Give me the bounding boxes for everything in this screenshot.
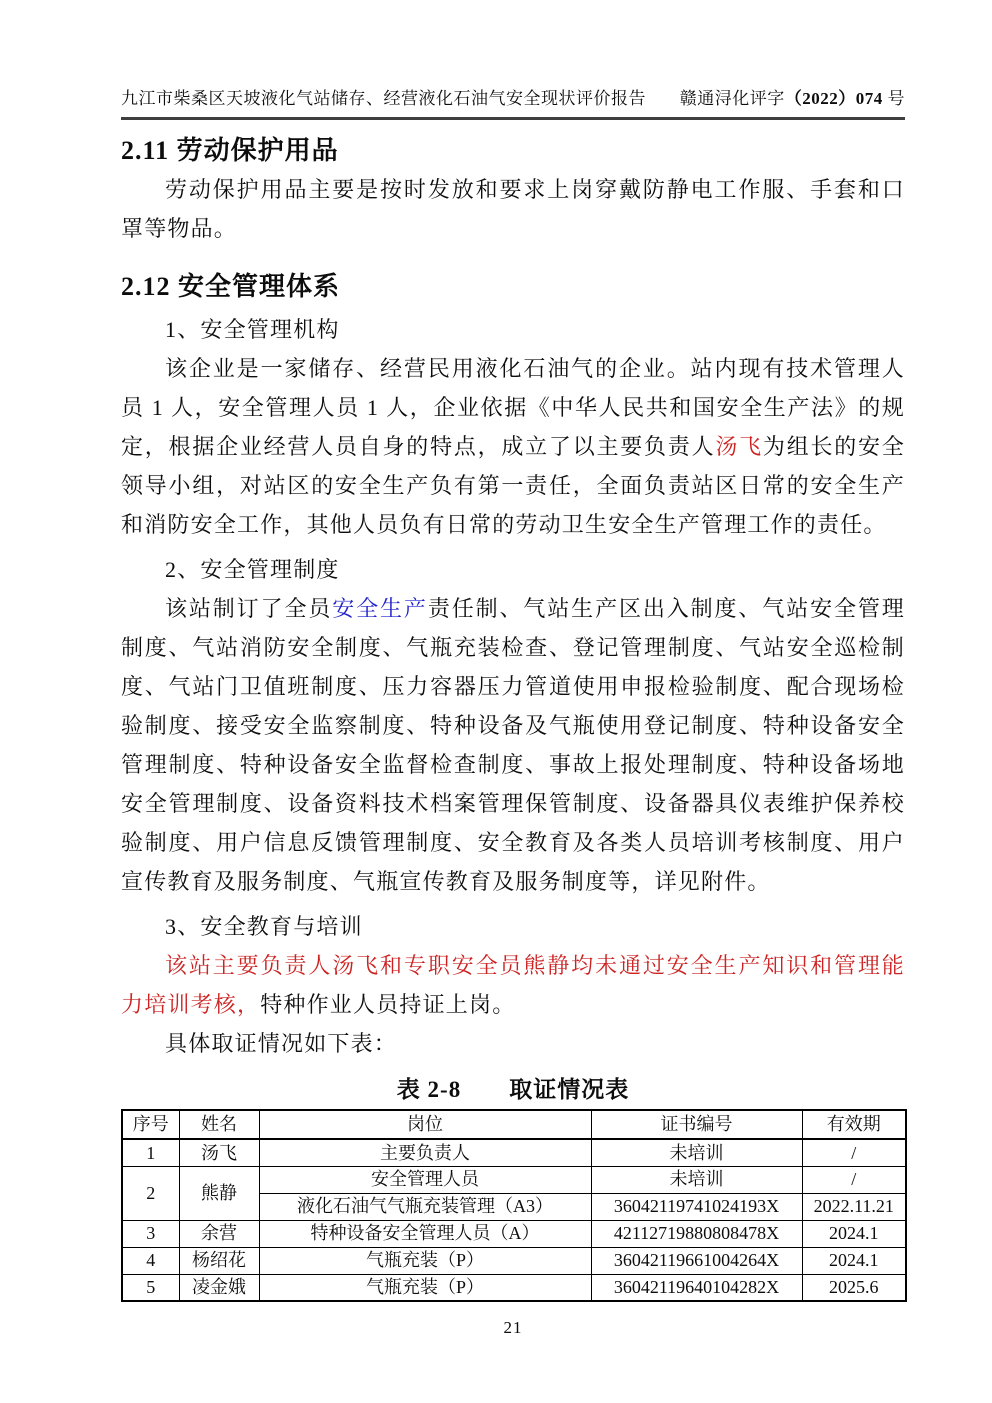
subsection-title-1: 1、安全管理机构	[121, 310, 905, 349]
column-header-post: 岗位	[259, 1110, 591, 1139]
certificate-table: 序号 姓名 岗位 证书编号 有效期 1 汤飞 主要负责人 未培训 / 2 熊静	[121, 1109, 907, 1302]
paragraph-table-lead-in: 具体取证情况如下表：	[121, 1024, 905, 1063]
section-heading-2-11: 2.11 劳动保护用品	[121, 134, 905, 168]
cell-post: 安全管理人员	[259, 1166, 591, 1193]
table-caption-label: 表 2-8	[397, 1077, 461, 1102]
page-content: 九江市柴桑区天坡液化气站储存、经营液化石油气安全现状评价报告 赣通浔化评字（20…	[121, 0, 905, 1338]
cell-cert-no: 36042119741024193X	[591, 1193, 802, 1220]
cell-post: 主要负责人	[259, 1139, 591, 1166]
table-row: 1 汤飞 主要负责人 未培训 /	[122, 1139, 906, 1166]
document-page: 九江市柴桑区天坡液化气站储存、经营液化石油气安全现状评价报告 赣通浔化评字（20…	[0, 0, 992, 1403]
cell-validity: 2025.6	[802, 1274, 906, 1301]
table-caption-title: 取证情况表	[509, 1077, 629, 1102]
column-header-serial: 序号	[122, 1110, 179, 1139]
subsection-title-2: 2、安全管理制度	[121, 550, 905, 589]
cell-name: 熊静	[179, 1166, 259, 1220]
paragraph-safety-org: 该企业是一家储存、经营民用液化石油气的企业。站内现有技术管理人员 1 人，安全管…	[121, 349, 905, 544]
doc-number-prefix: 赣通浔化评字	[680, 89, 785, 108]
table-header-row: 序号 姓名 岗位 证书编号 有效期	[122, 1110, 906, 1139]
table-row: 4 杨绍花 气瓶充装（P） 36042119661004264X 2024.1	[122, 1247, 906, 1274]
cell-serial: 5	[122, 1274, 179, 1301]
page-number: 21	[121, 1318, 905, 1338]
cell-post: 气瓶充装（P）	[259, 1247, 591, 1274]
cell-validity: 2024.1	[802, 1247, 906, 1274]
cell-validity: 2022.11.21	[802, 1193, 906, 1220]
column-header-name: 姓名	[179, 1110, 259, 1139]
cell-cert-no: 未培训	[591, 1166, 802, 1193]
blue-highlight-term: 安全生产	[332, 596, 428, 621]
cell-name: 杨绍花	[179, 1247, 259, 1274]
cell-serial: 4	[122, 1247, 179, 1274]
running-header: 九江市柴桑区天坡液化气站储存、经营液化石油气安全现状评价报告 赣通浔化评字（20…	[121, 0, 905, 120]
cell-serial: 3	[122, 1220, 179, 1247]
cell-post: 气瓶充装（P）	[259, 1274, 591, 1301]
table-caption: 表 2-8取证情况表	[121, 1071, 905, 1104]
cell-serial: 1	[122, 1139, 179, 1166]
cell-name: 汤飞	[179, 1139, 259, 1166]
paragraph-labor-protection: 劳动保护用品主要是按时发放和要求上岗穿戴防静电工作服、手套和口罩等物品。	[121, 170, 905, 248]
table-row: 3 余营 特种设备安全管理人员（A） 42112719880808478X 20…	[122, 1220, 906, 1247]
cell-name: 余营	[179, 1220, 259, 1247]
header-report-title: 九江市柴桑区天坡液化气站储存、经营液化石油气安全现状评价报告	[121, 84, 646, 109]
paragraph-text: 责任制、气站生产区出入制度、气站安全管理制度、气站消防安全制度、气瓶充装检查、登…	[121, 596, 905, 894]
cell-cert-no: 未培训	[591, 1139, 802, 1166]
paragraph-safety-rules: 该站制订了全员安全生产责任制、气站生产区出入制度、气站安全管理制度、气站消防安全…	[121, 589, 905, 901]
doc-number-suffix: 号	[883, 89, 905, 108]
cell-validity: /	[802, 1166, 906, 1193]
cell-cert-no: 42112719880808478X	[591, 1220, 802, 1247]
cell-name: 凌金娥	[179, 1274, 259, 1301]
paragraph-text: 特种作业人员持证上岗。	[260, 992, 515, 1017]
paragraph-training: 该站主要负责人汤飞和专职安全员熊静均未通过安全生产知识和管理能力培训考核，特种作…	[121, 946, 905, 1024]
cell-serial: 2	[122, 1166, 179, 1220]
cell-post: 液化石油气气瓶充装管理（A3）	[259, 1193, 591, 1220]
cell-post: 特种设备安全管理人员（A）	[259, 1220, 591, 1247]
cell-validity: /	[802, 1139, 906, 1166]
subsection-title-3: 3、安全教育与培训	[121, 907, 905, 946]
section-heading-2-12: 2.12 安全管理体系	[121, 270, 905, 304]
column-header-validity: 有效期	[802, 1110, 906, 1139]
paragraph-text: 该站制订了全员	[165, 596, 332, 621]
column-header-cert-no: 证书编号	[591, 1110, 802, 1139]
red-highlight-name: 汤飞	[715, 434, 763, 459]
header-doc-number: 赣通浔化评字（2022）074 号	[680, 84, 905, 109]
table-row: 2 熊静 安全管理人员 未培训 /	[122, 1166, 906, 1193]
cell-cert-no: 36042119661004264X	[591, 1247, 802, 1274]
cell-validity: 2024.1	[802, 1220, 906, 1247]
cell-cert-no: 36042119640104282X	[591, 1274, 802, 1301]
table-row: 5 凌金娥 气瓶充装（P） 36042119640104282X 2025.6	[122, 1274, 906, 1301]
doc-number-code: （2022）074	[785, 89, 883, 108]
